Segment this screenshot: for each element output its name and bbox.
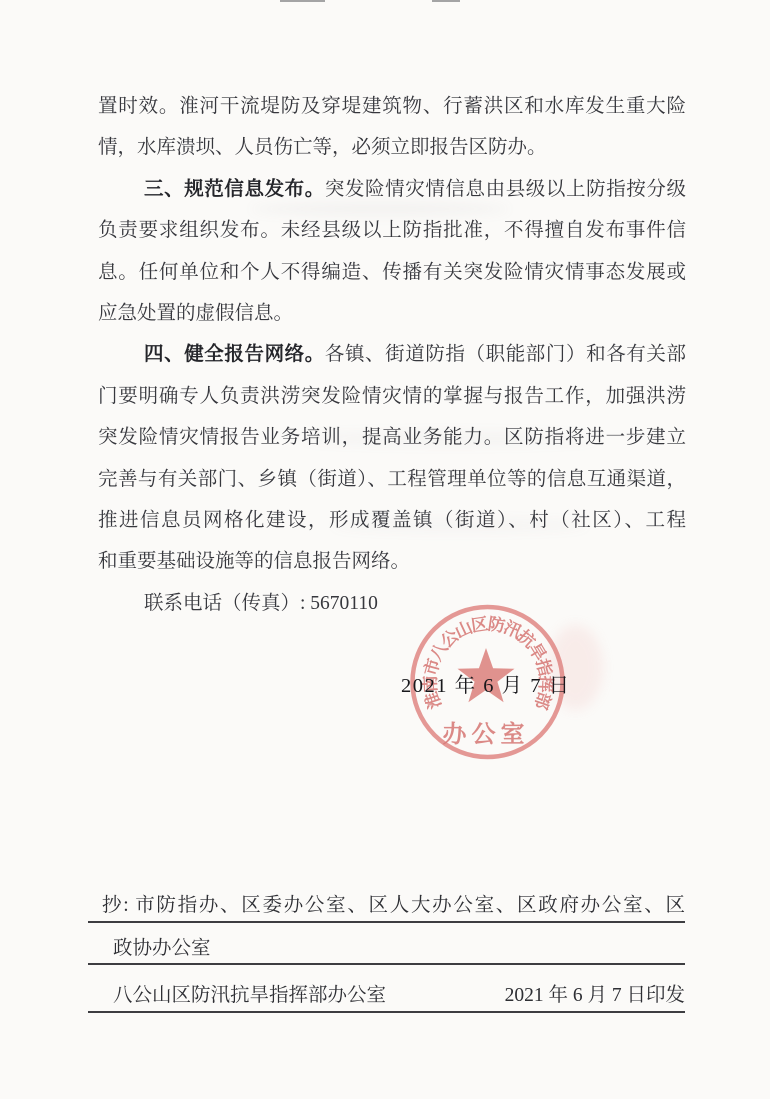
scanned-document-page: 置时效。淮河干流堤防及穿堤建筑物、行蓄洪区和水库发生重大险情，水库溃坝、人员伤亡…	[0, 0, 770, 1099]
body-text-line: 置时效。淮河干流堤防及穿堤建筑物、行蓄洪区和水库发生重大险	[98, 86, 686, 127]
print-date: 2021 年 6 月 7 日印发	[505, 979, 685, 1007]
body-text-line: 联系电话（传真）: 5670110	[98, 583, 686, 624]
body-text-line: 应急处置的虚假信息。	[98, 293, 686, 334]
body-text-line: 完善与有关部门、乡镇（街道）、工程管理单位等的信息互通渠道，	[98, 459, 686, 500]
issue-date: 2021 年 6 月 7 日	[401, 668, 571, 698]
body-text-line: 和重要基础设施等的信息报告网络。	[98, 541, 686, 582]
body-text-line: 四、健全报告网络。各镇、街道防指（职能部门）和各有关部	[98, 334, 686, 375]
body-text-line: 突发险情灾情报告业务培训，提高业务能力。区防指将进一步建立	[98, 417, 686, 458]
document-body: 置时效。淮河干流堤防及穿堤建筑物、行蓄洪区和水库发生重大险情，水库溃坝、人员伤亡…	[98, 86, 686, 624]
body-text-line: 门要明确专人负责洪涝突发险情灾情的掌握与报告工作，加强洪涝	[98, 376, 686, 417]
body-text-line: 三、规范信息发布。突发险情灾情信息由县级以上防指按分级	[98, 169, 686, 210]
scan-artifact	[280, 0, 325, 2]
issuer-line: 八公山区防汛抗旱指挥部办公室 2021 年 6 月 7 日印发	[88, 965, 685, 1013]
issuer-office: 八公山区防汛抗旱指挥部办公室	[113, 979, 386, 1007]
copy-to-line-2: 政协办公室	[88, 923, 685, 965]
document-footer: 抄: 市防指办、区委办公室、区人大办公室、区政府办公室、区 政协办公室 八公山区…	[88, 888, 685, 1013]
seal-bottom-text: 办公室	[443, 721, 530, 748]
section-heading: 三、规范信息发布。	[144, 178, 325, 200]
body-text-line: 负责要求组织发布。未经县级以上防指批准，不得擅自发布事件信	[98, 210, 686, 251]
body-text-line: 情，水库溃坝、人员伤亡等，必须立即报告区防办。	[98, 127, 686, 168]
scan-artifact	[432, 0, 460, 2]
body-text-line: 推进信息员网格化建设，形成覆盖镇（街道）、村（社区）、工程	[98, 500, 686, 541]
body-text-line: 息。任何单位和个人不得编造、传播有关突发险情灾情事态发展或	[98, 252, 686, 293]
section-heading: 四、健全报告网络。	[144, 343, 325, 365]
copy-to-line-1: 抄: 市防指办、区委办公室、区人大办公室、区政府办公室、区	[88, 888, 685, 923]
